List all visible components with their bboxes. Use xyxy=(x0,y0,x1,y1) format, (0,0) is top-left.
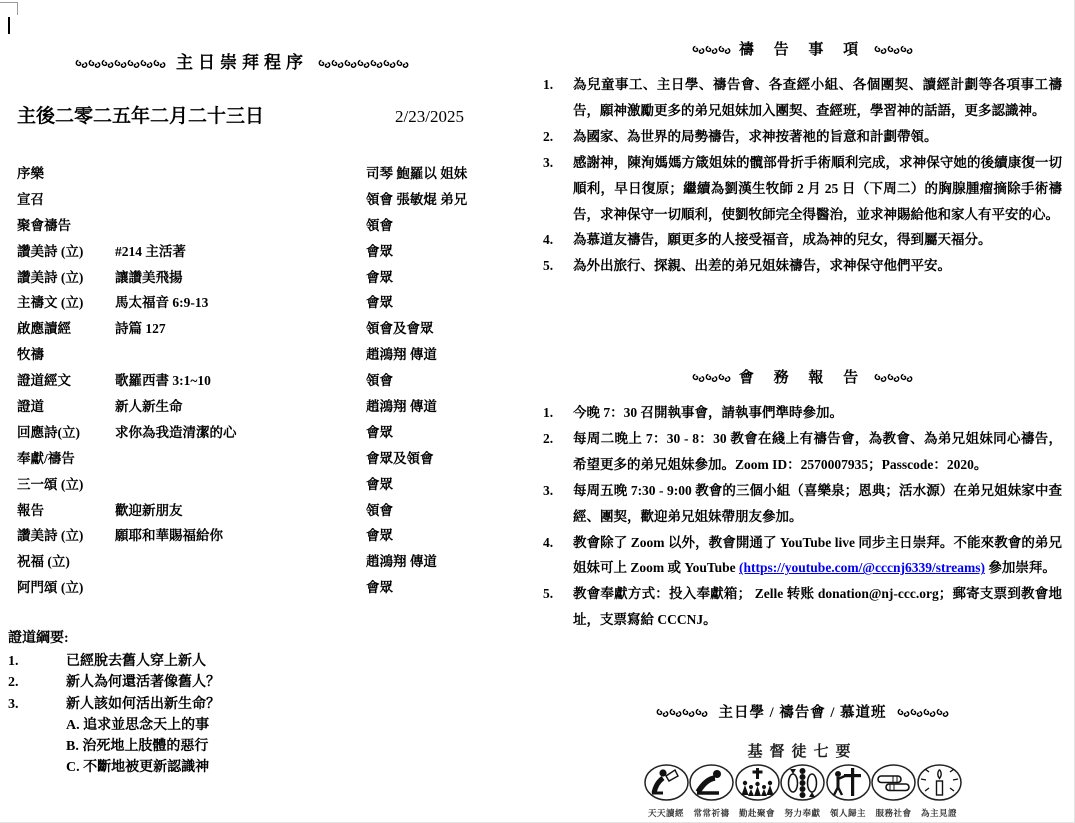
program-row: 聚會禱告領會 xyxy=(17,211,469,237)
swirl-ornament-icon xyxy=(705,373,718,383)
outline-item: 3.新人該如何活出新生命？ xyxy=(8,694,460,715)
seven-essential-cell: 努力奉獻 xyxy=(780,764,826,819)
prayer-section-header: 禱 告 事 項 xyxy=(543,38,1062,59)
report-item-text: 每周五晚 7:30 - 9:00 教會的三個小組（喜樂泉；恩典；活水源）在弟兄姐… xyxy=(573,478,1062,530)
program-item-label: 阿門頌 (立) xyxy=(17,576,115,596)
program-item-label: 讚美詩 (立) xyxy=(17,266,115,286)
program-person: 趙鴻翔 傳道 xyxy=(366,395,469,415)
swirl-ornament-icon xyxy=(383,59,396,69)
report-item-number: 5. xyxy=(543,581,573,633)
program-row: 三一頌 (立)會眾 xyxy=(17,470,469,496)
program-row: 阿門頌 (立)會眾 xyxy=(17,573,469,599)
witness-for-lord-icon xyxy=(917,764,962,806)
ornament-strip-left xyxy=(75,59,166,69)
outline-number: 2. xyxy=(8,672,66,693)
swirl-ornament-icon xyxy=(344,59,357,69)
program-item-label: 回應詩(立) xyxy=(17,421,115,441)
program-row: 證道新人新生命趙鴻翔 傳道 xyxy=(17,392,469,418)
worship-program-column: 主日崇拜程序 主後二零二五年二月二十三日 2/23/2025 序樂司琴 鮑羅以 … xyxy=(16,0,468,823)
program-row: 牧禱趙鴻翔 傳道 xyxy=(17,340,469,366)
program-item-label: 報告 xyxy=(17,499,115,519)
program-row: 啟應讀經詩篇 127領會及會眾 xyxy=(17,314,469,340)
swirl-ornament-icon xyxy=(370,59,383,69)
seven-essential-label: 努力奉獻 xyxy=(784,807,820,819)
program-piece: 歌羅西書 3:1~10 xyxy=(115,369,366,389)
program-item-label: 證道 xyxy=(17,395,115,415)
seven-essentials-title: 基督徒七要 xyxy=(543,740,1062,761)
sermon-outline-title: 證道綱要: xyxy=(8,627,69,647)
swirl-ornament-icon xyxy=(75,59,88,69)
swirl-ornament-icon xyxy=(718,45,731,55)
program-row: 讚美詩 (立)讓讚美飛揚會眾 xyxy=(17,263,469,289)
announcements-column: 禱 告 事 項 1.為兒童事工、主日學、禱告會、各查經小組、各個團契、讀經計劃等… xyxy=(543,0,1062,823)
outline-text: 新人為何還活著像舊人？ xyxy=(66,672,220,693)
program-item-label: 宣召 xyxy=(17,188,115,208)
outline-sub-item: A. 追求並思念天上的事 xyxy=(66,715,460,736)
program-person: 領會 張敏焜 弟兄 xyxy=(366,188,469,208)
swirl-ornament-icon xyxy=(900,373,913,383)
prayer-item: 1.為兒童事工、主日學、禱告會、各查經小組、各個團契、讀經計劃等各項事工禱告，願… xyxy=(543,72,1062,124)
ornament-strip-right xyxy=(874,45,913,55)
program-row: 祝福 (立)趙鴻翔 傳道 xyxy=(17,547,469,573)
program-person: 領會 xyxy=(366,214,469,234)
prayer-item-number: 2. xyxy=(543,124,573,150)
program-row: 讚美詩 (立)#214 主活著會眾 xyxy=(17,237,469,263)
program-person: 會眾 xyxy=(366,473,469,493)
program-row: 回應詩(立)求你為我造清潔的心會眾 xyxy=(17,418,469,444)
date-row: 主後二零二五年二月二十三日 2/23/2025 xyxy=(17,101,464,128)
swirl-ornament-icon xyxy=(101,59,114,69)
program-piece: 詩篇 127 xyxy=(115,317,366,337)
prayer-item-text: 為國家、為世界的局勢禱告，求神按著祂的旨意和計劃帶領。 xyxy=(573,124,1062,150)
prayer-item-number: 3. xyxy=(543,150,573,228)
swirl-ornament-icon xyxy=(897,708,910,718)
program-person: 會眾 xyxy=(366,240,469,260)
program-item-label: 讚美詩 (立) xyxy=(17,240,115,260)
swirl-ornament-icon xyxy=(874,373,887,383)
seven-essential-cell: 天天讀經 xyxy=(643,764,689,819)
report-item: 5.教會奉獻方式：投入奉獻箱； Zelle 转账 donation@nj-ccc… xyxy=(543,581,1062,633)
ornament-strip-left xyxy=(692,45,731,55)
seven-essential-cell: 為主見證 xyxy=(916,764,962,819)
program-person: 領會 xyxy=(366,369,469,389)
report-item-number: 2. xyxy=(543,426,573,478)
seven-essential-cell: 領人歸主 xyxy=(825,764,871,819)
outline-sub-item: B. 治死地上肢體的惡行 xyxy=(66,736,460,757)
date-chinese: 主後二零二五年二月二十三日 xyxy=(17,101,264,128)
program-person: 趙鴻翔 傳道 xyxy=(366,550,469,570)
program-person: 會眾 xyxy=(366,524,469,544)
program-item-label: 讚美詩 (立) xyxy=(17,524,115,544)
swirl-ornament-icon xyxy=(140,59,153,69)
program-piece: 願耶和華賜福給你 xyxy=(115,524,366,544)
prayer-item-text: 感謝神，陳洵媽媽方箴姐妹的髖部骨折手術順利完成，求神保守她的後續康復一切順利，早… xyxy=(573,150,1062,228)
swirl-ornament-icon xyxy=(936,708,949,718)
worship-title-row: 主日崇拜程序 xyxy=(16,48,468,73)
prayer-item-number: 1. xyxy=(543,72,573,124)
serve-society-icon xyxy=(871,764,916,806)
program-row: 奉獻/禱告會眾及領會 xyxy=(17,444,469,470)
seven-essentials-section: 基督徒七要 天天讀經常常祈禱勤赴聚會努力奉獻領人歸主服務社會為主見證 xyxy=(543,740,1062,819)
date-numeric: 2/23/2025 xyxy=(395,107,464,127)
prayer-item: 5.為外出旅行、探親、出差的弟兄姐妹禱告，求神保守他們平安。 xyxy=(543,253,1062,279)
sermon-outline-list: 1.已經脫去舊人穿上新人2.新人為何還活著像舊人？3.新人該如何活出新生命？A.… xyxy=(8,651,460,779)
program-item-label: 牧禱 xyxy=(17,343,115,363)
seven-essential-label: 常常祈禱 xyxy=(693,807,729,819)
program-piece: 讓讚美飛揚 xyxy=(115,266,366,286)
ornament-strip-left xyxy=(656,708,708,718)
swirl-ornament-icon xyxy=(114,59,127,69)
text-cursor[interactable] xyxy=(8,17,10,34)
seven-essential-cell: 常常祈禱 xyxy=(689,764,735,819)
program-row: 主禱文 (立)馬太福音 6:9-13會眾 xyxy=(17,288,469,314)
program-row: 讚美詩 (立)願耶和華賜福給你會眾 xyxy=(17,521,469,547)
program-row: 宣召領會 張敏焜 弟兄 xyxy=(17,185,469,211)
report-item-number: 3. xyxy=(543,478,573,530)
prayer-item-text: 為兒童事工、主日學、禱告會、各查經小組、各個團契、讀經計劃等各項事工禱告，願神激… xyxy=(573,72,1062,124)
ornament-strip-right xyxy=(897,708,949,718)
report-item-text: 今晚 7：30 召開執事會，請執事們準時參加。 xyxy=(573,400,1062,426)
prayer-section-title: 禱 告 事 項 xyxy=(739,42,866,58)
swirl-ornament-icon xyxy=(692,373,705,383)
program-item-label: 祝福 (立) xyxy=(17,550,115,570)
program-person: 會眾 xyxy=(366,291,469,311)
bulletin-page: { "colors": { "link": "#0000EE", "text":… xyxy=(0,0,1075,823)
ornament-strip-right xyxy=(874,373,913,383)
program-item-label: 啟應讀經 xyxy=(17,317,115,337)
program-person: 會眾 xyxy=(366,421,469,441)
outline-number: 1. xyxy=(8,651,66,672)
report-item-text: 教會除了 Zoom 以外，教會開通了 YouTube live 同步主日崇拜。不… xyxy=(573,530,1062,582)
ornament-strip-left xyxy=(692,373,731,383)
swirl-ornament-icon xyxy=(923,708,936,718)
prayer-item: 4.為慕道友禱告，願更多的人接受福音，成為神的兒女，得到屬天福分。 xyxy=(543,227,1062,253)
report-section-header: 會 務 報 告 xyxy=(543,366,1062,387)
worship-program-table: 序樂司琴 鮑羅以 姐妹宣召領會 張敏焜 弟兄聚會禱告領會讚美詩 (立)#214 … xyxy=(17,159,469,599)
swirl-ornament-icon xyxy=(357,59,370,69)
program-row: 證道經文歌羅西書 3:1~10領會 xyxy=(17,366,469,392)
program-piece: 馬太福音 6:9-13 xyxy=(115,291,366,311)
prayer-items-list: 1.為兒童事工、主日學、禱告會、各查經小組、各個團契、讀經計劃等各項事工禱告，願… xyxy=(543,72,1062,279)
program-item-label: 證道經文 xyxy=(17,369,115,389)
seven-essential-label: 為主見證 xyxy=(921,807,957,819)
youtube-stream-link[interactable]: (https://youtube.com/@cccnj6339/streams) xyxy=(739,560,985,575)
program-row: 報告歡迎新朋友領會 xyxy=(17,496,469,522)
swirl-ornament-icon xyxy=(695,708,708,718)
swirl-ornament-icon xyxy=(669,708,682,718)
seven-essential-label: 勤赴聚會 xyxy=(739,807,775,819)
program-person: 領會及會眾 xyxy=(366,317,469,337)
program-piece: #214 主活著 xyxy=(115,240,366,260)
report-item: 2.每周二晚上 7：30 - 8：30 教會在綫上有禱告會，為教會、為弟兄姐妹同… xyxy=(543,426,1062,478)
seven-essentials-icons-row: 天天讀經常常祈禱勤赴聚會努力奉獻領人歸主服務社會為主見證 xyxy=(543,764,1062,819)
swirl-ornament-icon xyxy=(656,708,669,718)
ornament-strip-right xyxy=(318,59,409,69)
swirl-ornament-icon xyxy=(887,373,900,383)
seven-essential-label: 天天讀經 xyxy=(648,807,684,819)
seven-essential-cell: 服務社會 xyxy=(871,764,917,819)
report-item: 3.每周五晚 7:30 - 9:00 教會的三個小組（喜樂泉；恩典；活水源）在弟… xyxy=(543,478,1062,530)
page-title: 主日崇拜程序 xyxy=(176,53,308,72)
daily-bible-reading-icon xyxy=(644,764,689,806)
seven-essential-label: 領人歸主 xyxy=(830,807,866,819)
swirl-ornament-icon xyxy=(396,59,409,69)
prayer-item-number: 4. xyxy=(543,227,573,253)
swirl-ornament-icon xyxy=(718,373,731,383)
program-item-label: 序樂 xyxy=(17,162,115,182)
swirl-ornament-icon xyxy=(705,45,718,55)
constant-prayer-icon xyxy=(689,764,734,806)
swirl-ornament-icon xyxy=(88,59,101,69)
program-person: 會眾 xyxy=(366,266,469,286)
swirl-ornament-icon xyxy=(153,59,166,69)
attend-gathering-icon xyxy=(735,764,780,806)
lead-people-to-lord-icon xyxy=(826,764,871,806)
program-item-label: 三一頌 (立) xyxy=(17,473,115,493)
seven-essential-label: 服務社會 xyxy=(875,807,911,819)
program-person: 會眾及領會 xyxy=(366,447,469,467)
program-item-label: 主禱文 (立) xyxy=(17,291,115,311)
classes-title: 主日學 / 禱告會 / 慕道班 xyxy=(718,705,886,721)
report-item-text: 每周二晚上 7：30 - 8：30 教會在綫上有禱告會，為教會、為弟兄姐妹同心禱… xyxy=(573,426,1062,478)
outline-text: 已經脫去舊人穿上新人 xyxy=(66,651,206,672)
report-item-number: 4. xyxy=(543,530,573,582)
swirl-ornament-icon xyxy=(692,45,705,55)
swirl-ornament-icon xyxy=(127,59,140,69)
prayer-item-text: 為慕道友禱告，願更多的人接受福音，成為神的兒女，得到屬天福分。 xyxy=(573,227,1062,253)
report-items-list: 1.今晚 7：30 召開執事會，請執事們準時參加。2.每周二晚上 7：30 - … xyxy=(543,400,1062,633)
swirl-ornament-icon xyxy=(887,45,900,55)
swirl-ornament-icon xyxy=(318,59,331,69)
program-piece: 歡迎新朋友 xyxy=(115,499,366,519)
program-item-label: 聚會禱告 xyxy=(17,214,115,234)
program-item-label: 奉獻/禱告 xyxy=(17,447,115,467)
swirl-ornament-icon xyxy=(874,45,887,55)
diligent-offering-icon xyxy=(780,764,825,806)
prayer-item-number: 5. xyxy=(543,253,573,279)
program-person: 趙鴻翔 傳道 xyxy=(366,343,469,363)
outline-number: 3. xyxy=(8,694,66,715)
program-piece: 求你為我造清潔的心 xyxy=(115,421,366,441)
report-item: 4.教會除了 Zoom 以外，教會開通了 YouTube live 同步主日崇拜… xyxy=(543,530,1062,582)
prayer-item: 2.為國家、為世界的局勢禱告，求神按著祂的旨意和計劃帶領。 xyxy=(543,124,1062,150)
report-item-number: 1. xyxy=(543,400,573,426)
seven-essential-cell: 勤赴聚會 xyxy=(734,764,780,819)
swirl-ornament-icon xyxy=(331,59,344,69)
outline-item: 2.新人為何還活著像舊人？ xyxy=(8,672,460,693)
swirl-ornament-icon xyxy=(910,708,923,718)
swirl-ornament-icon xyxy=(900,45,913,55)
program-person: 領會 xyxy=(366,499,469,519)
classes-header: 主日學 / 禱告會 / 慕道班 xyxy=(543,701,1062,722)
report-section-title: 會 務 報 告 xyxy=(739,370,866,386)
prayer-item: 3.感謝神，陳洵媽媽方箴姐妹的髖部骨折手術順利完成，求神保守她的後續康復一切順利… xyxy=(543,150,1062,228)
report-item-text: 教會奉獻方式：投入奉獻箱； Zelle 转账 donation@nj-ccc.o… xyxy=(573,581,1062,633)
outline-text: 新人該如何活出新生命？ xyxy=(66,694,220,715)
report-item: 1.今晚 7：30 召開執事會，請執事們準時參加。 xyxy=(543,400,1062,426)
program-row: 序樂司琴 鮑羅以 姐妹 xyxy=(17,159,469,185)
prayer-item-text: 為外出旅行、探親、出差的弟兄姐妹禱告，求神保守他們平安。 xyxy=(573,253,1062,279)
outline-sub-item: C. 不斷地被更新認識神 xyxy=(66,757,460,778)
program-person: 會眾 xyxy=(366,576,469,596)
outline-item: 1.已經脫去舊人穿上新人 xyxy=(8,651,460,672)
swirl-ornament-icon xyxy=(682,708,695,718)
program-piece: 新人新生命 xyxy=(115,395,366,415)
program-person: 司琴 鮑羅以 姐妹 xyxy=(366,162,469,182)
